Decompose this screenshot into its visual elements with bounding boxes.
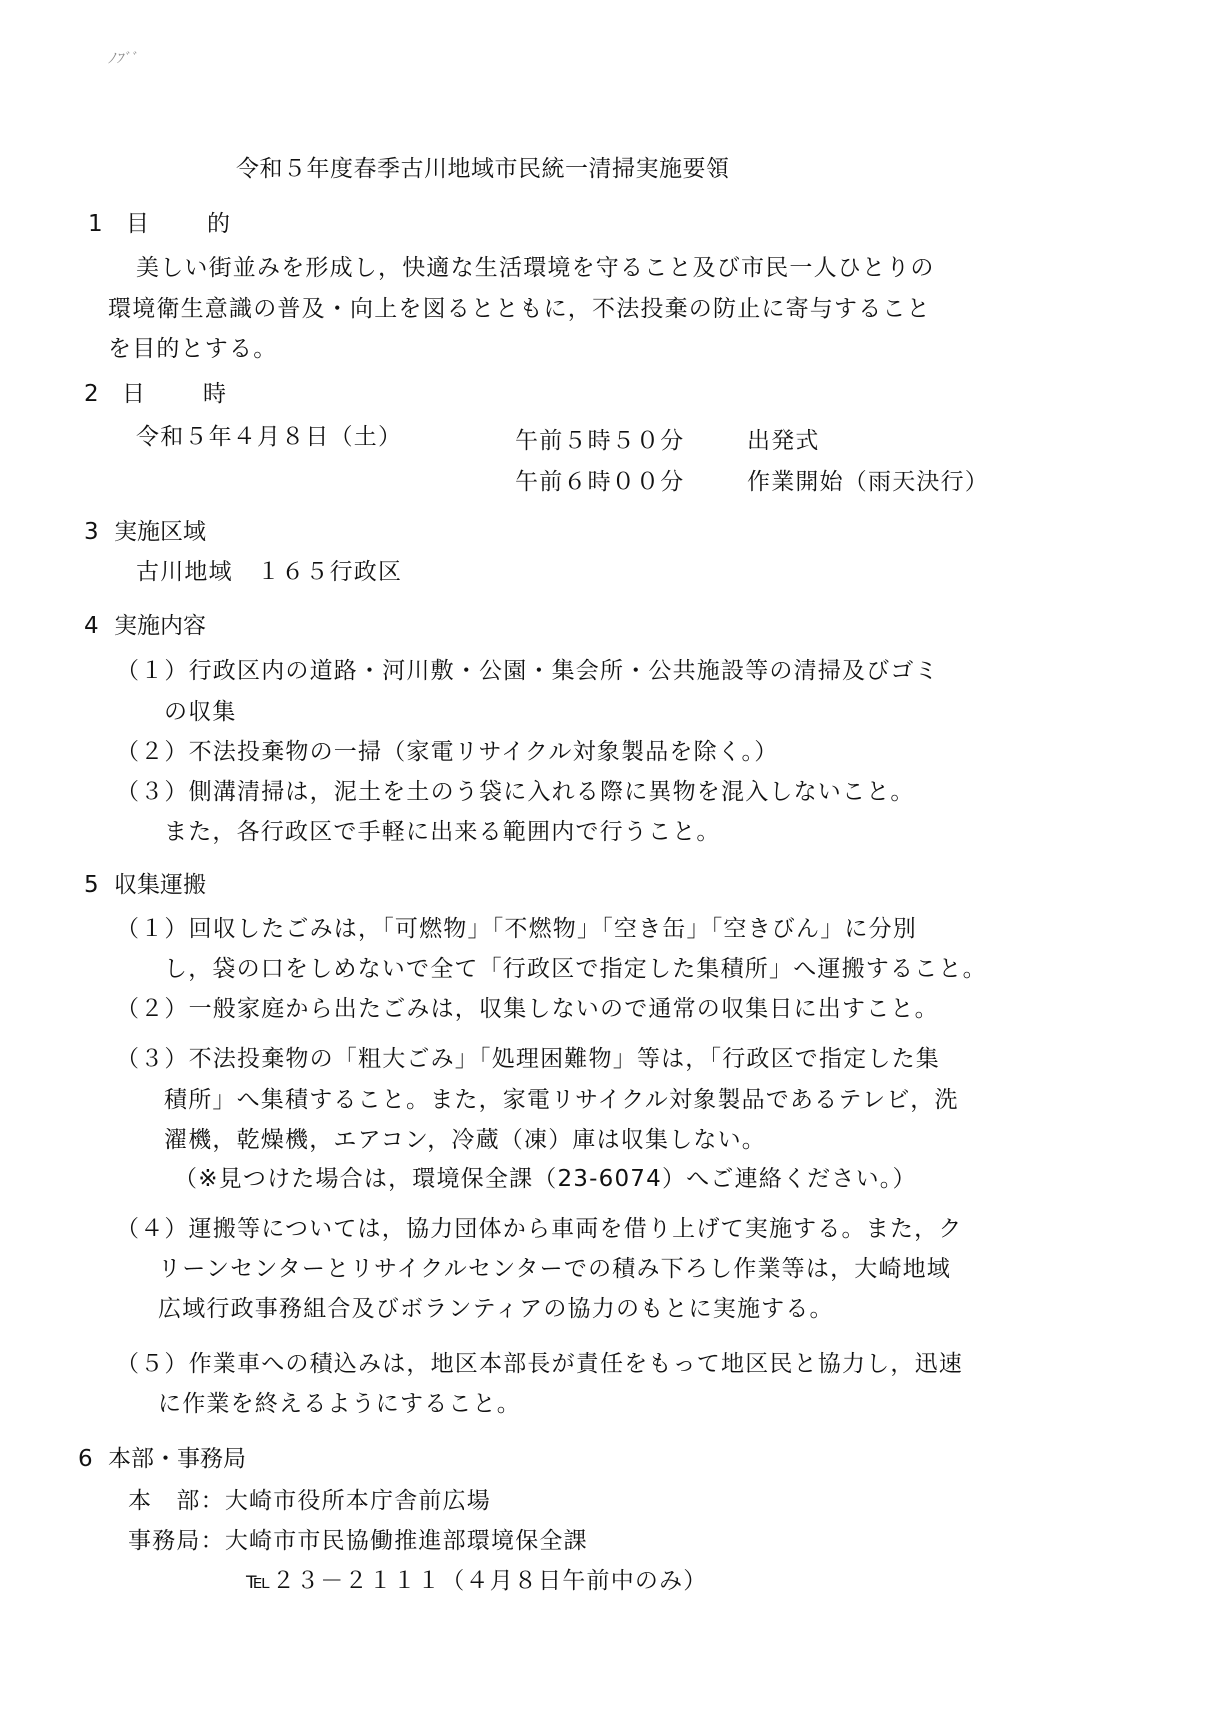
- section-5-item-3-cont-1: 積所」へ集積すること。また，家電リサイクル対象製品であるテレビ，洗: [164, 1081, 959, 1114]
- section-1-line-1: 美しい街並みを形成し，快適な生活環境を守ること及び市民一人ひとりの: [136, 249, 935, 282]
- section-5-item-4-cont-2: 広域行政事務組合及びボランティアの協力のもとに実施する。: [158, 1290, 834, 1323]
- section-number: 1: [88, 211, 103, 237]
- section-4-item-2: （２）不法投棄物の一掃（家電リサイクル対象製品を除く。）: [116, 733, 778, 766]
- section-5-item-4: （４）運搬等については，協力団体から車両を借り上げて実施する。また，ク: [116, 1210, 963, 1243]
- section-5-item-5-cont: に作業を終えるようにすること。: [158, 1385, 521, 1418]
- honbu-value: 大崎市役所本庁舎前広場: [225, 1488, 491, 1514]
- corner-handwritten-mark: ﾉﾌﾞﾞ: [108, 48, 138, 68]
- section-6-heading: 6 本部・事務局: [78, 1440, 246, 1473]
- document-title: 令和５年度春季古川地域市民統一清掃実施要領: [236, 150, 730, 183]
- section-4-item-3: （３）側溝清掃は，泥土を土のう袋に入れる際に異物を混入しないこと。: [116, 773, 915, 806]
- section-5-item-3-note: （※見つけた場合は，環境保全課（23-6074）へご連絡ください。）: [174, 1160, 917, 1193]
- section-4-item-1-cont: の収集: [164, 693, 237, 726]
- honbu-row: 本 部：大崎市役所本庁舎前広場: [128, 1482, 491, 1515]
- section-5-item-4-cont-1: リーンセンターとリサイクルセンターでの積み下ろし作業等は，大崎地域: [158, 1250, 951, 1283]
- section-3-area: 古川地域 １６５行政区: [136, 553, 402, 586]
- jimukyoku-label: 事務局：: [128, 1528, 225, 1554]
- schedule-time-2: 午前６時００分: [515, 463, 684, 496]
- section-number: 2: [84, 381, 99, 407]
- section-4-item-3-cont: また，各行政区で手軽に出来る範囲内で行うこと。: [164, 813, 721, 846]
- section-5-item-3-cont-2: 濯機，乾燥機，エアコン，冷蔵（凍）庫は収集しない。: [164, 1121, 766, 1154]
- section-2-heading: 2 日時: [84, 375, 226, 408]
- honbu-label: 本 部：: [128, 1488, 225, 1514]
- section-number: 4: [84, 613, 99, 639]
- schedule-time-1: 午前５時５０分: [515, 422, 684, 455]
- section-5-item-1-cont: し，袋の口をしめないで全て「行政区で指定した集積所」へ運搬すること。: [164, 950, 987, 983]
- section-3-heading: 3 実施区域: [84, 513, 206, 546]
- schedule-event-2: 作業開始（雨天決行）: [747, 463, 989, 496]
- tel-number: ℡２３－２１１１（４月８日午前中のみ）: [246, 1562, 708, 1595]
- event-date: 令和５年４月８日（土）: [136, 418, 402, 451]
- section-4-heading: 4 実施内容: [84, 607, 206, 640]
- section-5-item-3: （３）不法投棄物の「粗大ごみ」「処理困難物」等は，「行政区で指定した集: [116, 1040, 940, 1073]
- section-1-line-3: を目的とする。: [108, 330, 277, 363]
- section-5-item-5: （５）作業車への積込みは，地区本部長が責任をもって地区民と協力し，迅速: [116, 1345, 963, 1378]
- jimukyoku-value: 大崎市市民協働推進部環境保全課: [225, 1528, 588, 1554]
- section-number: 6: [78, 1446, 93, 1472]
- section-1-line-2: 環境衛生意識の普及・向上を図るとともに，不法投棄の防止に寄与すること: [108, 290, 931, 323]
- section-4-item-1: （１）行政区内の道路・河川敷・公園・集会所・公共施設等の清掃及びゴミ: [116, 652, 939, 685]
- section-5-heading: 5 収集運搬: [84, 866, 206, 899]
- section-number: 5: [84, 872, 99, 898]
- section-5-item-2: （２）一般家庭から出たごみは，収集しないので通常の収集日に出すこと。: [116, 990, 939, 1023]
- section-5-item-1: （１）回収したごみは，「可燃物」「不燃物」「空き缶」「空きびん」に分別: [116, 910, 917, 943]
- jimukyoku-row: 事務局：大崎市市民協働推進部環境保全課: [128, 1522, 588, 1555]
- schedule-event-1: 出発式: [747, 422, 820, 455]
- section-number: 3: [84, 519, 99, 545]
- section-1-heading: 1 目的: [88, 205, 230, 238]
